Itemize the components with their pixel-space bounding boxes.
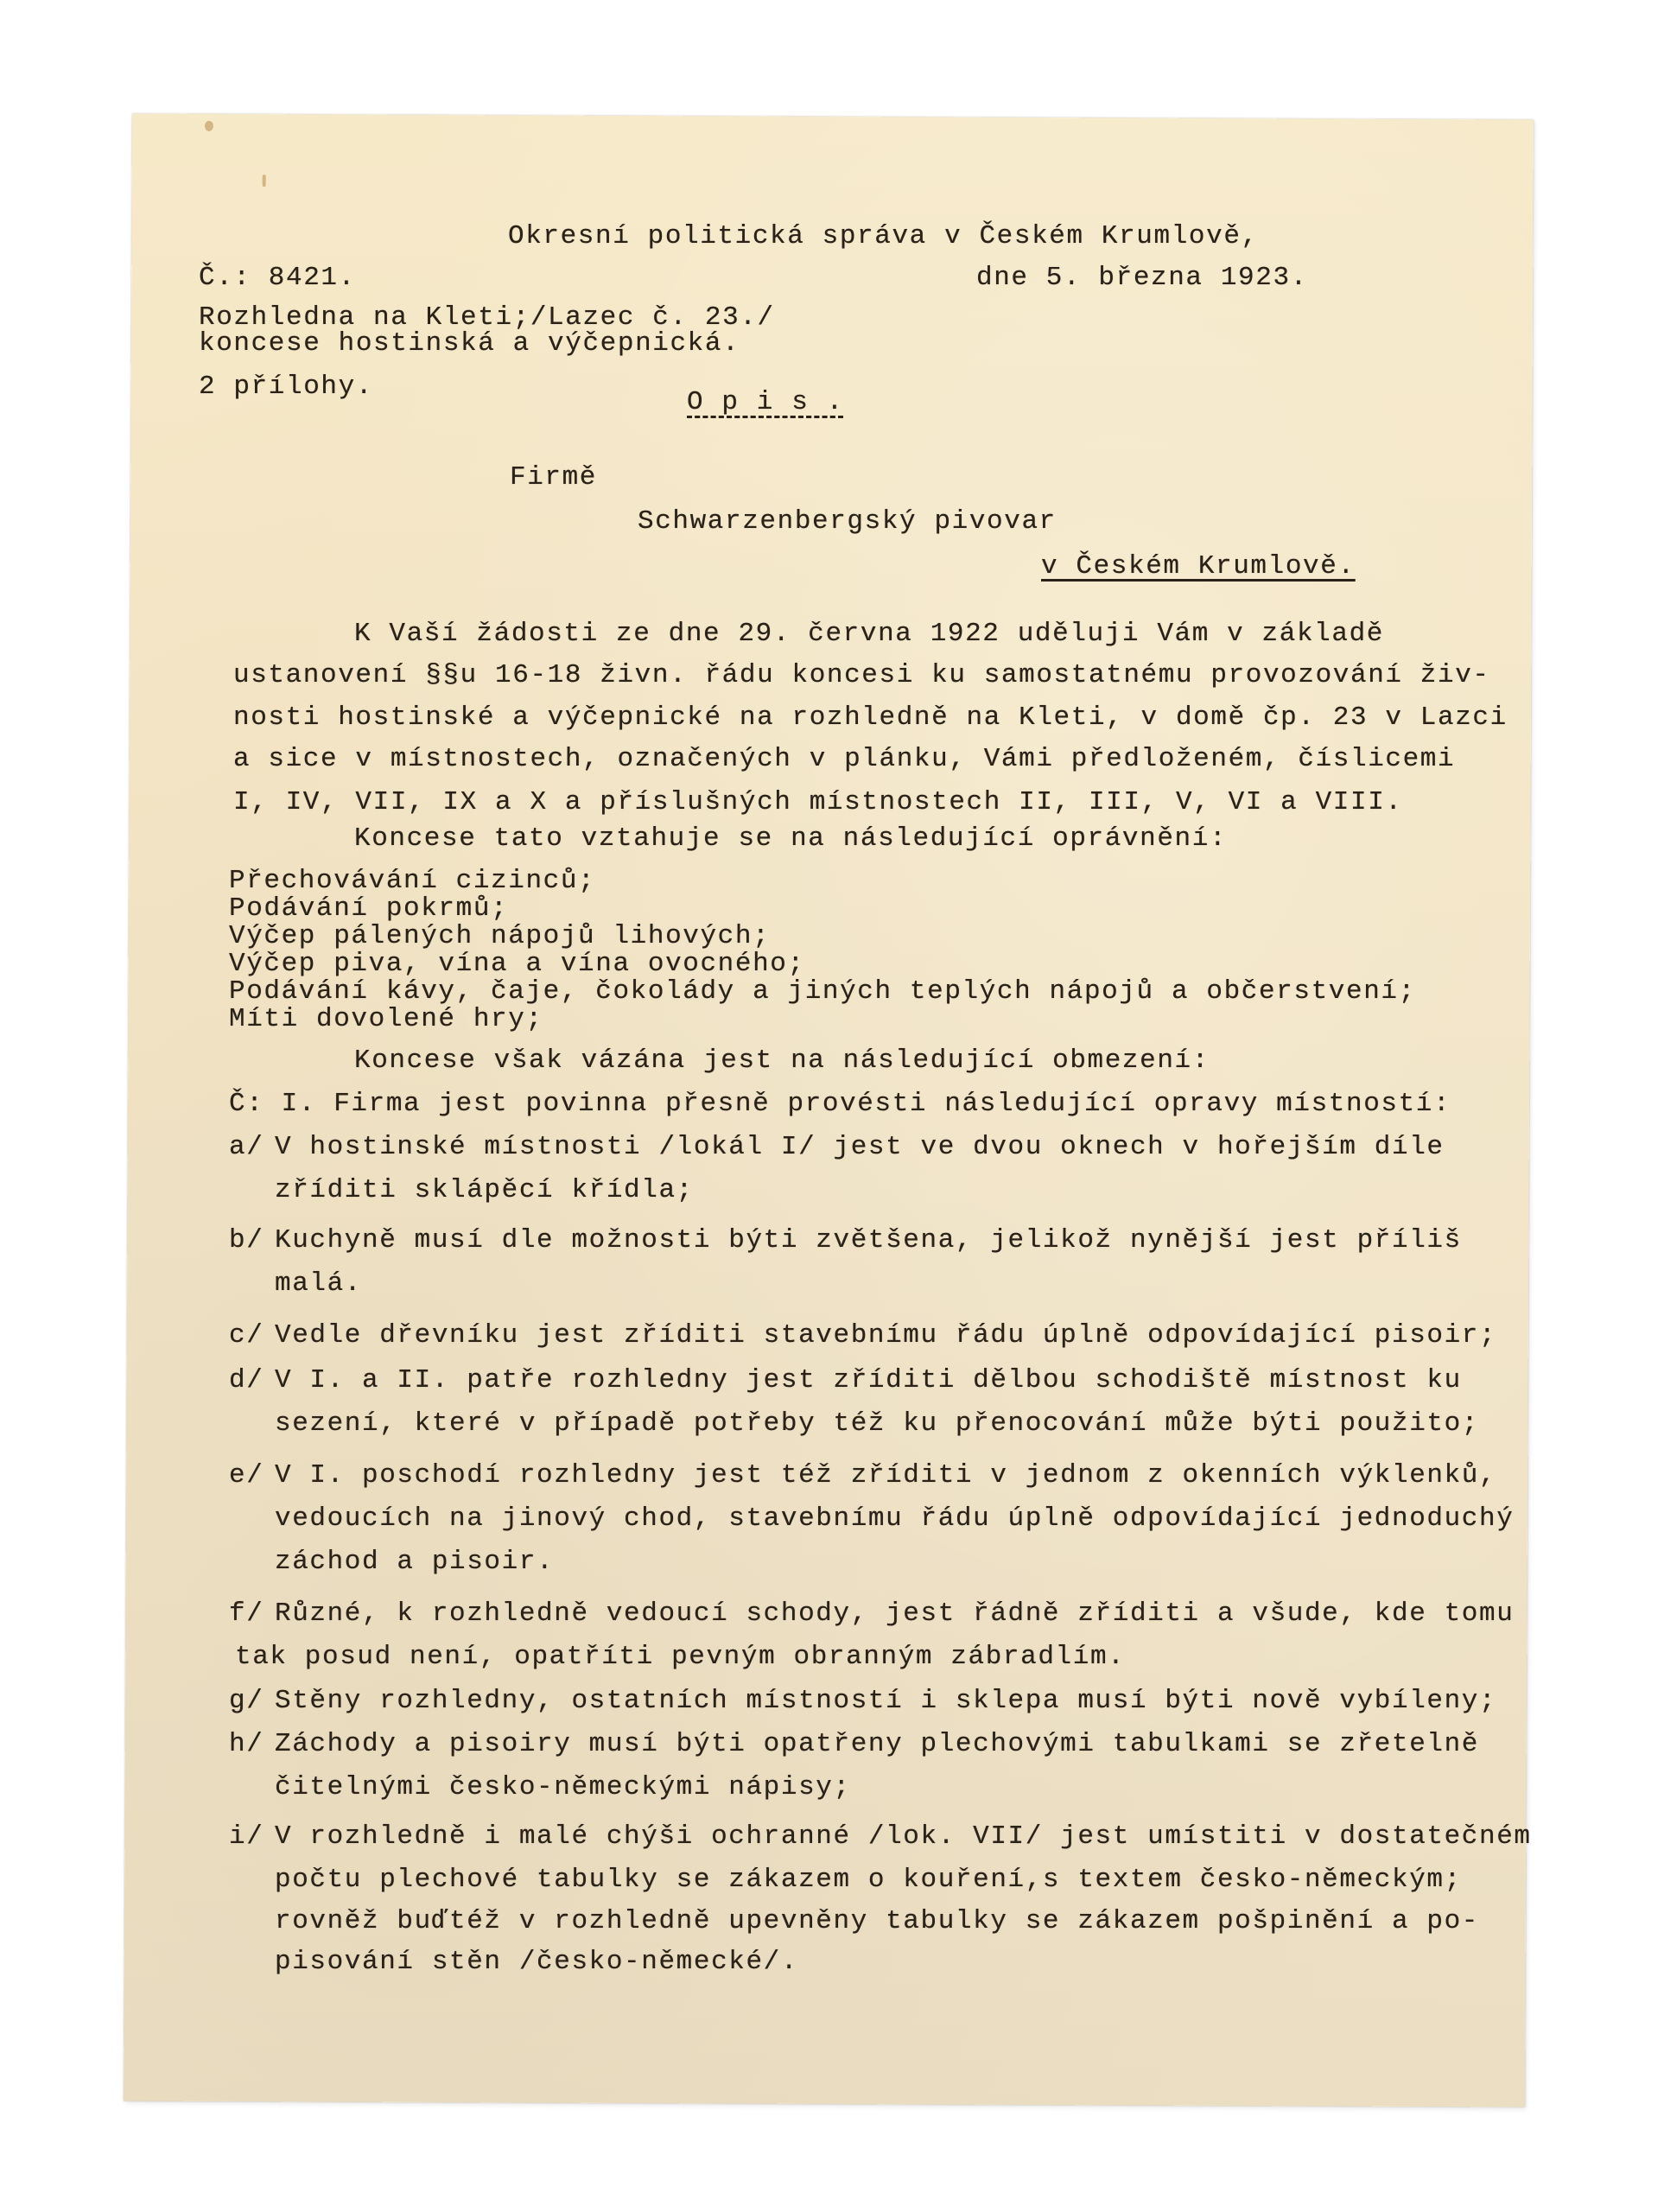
rust-stain	[205, 121, 213, 131]
subject-line-2: koncese hostinská a výčepnická.	[199, 330, 740, 357]
document-type-copy: O p i s .	[687, 389, 844, 416]
restriction-text: rovněž buďtéž v rozhledně upevněny tabul…	[275, 1908, 1479, 1935]
restriction-text: vedoucích na jinový chod, stavebnímu řád…	[275, 1505, 1514, 1532]
intro-line: I, IV, VII, IX a X a příslušných místnos…	[233, 789, 1403, 816]
restriction-text: čitelnými česko-německými nápisy;	[275, 1774, 851, 1801]
intro-line: a sice v místnostech, označených v plánk…	[233, 746, 1455, 772]
restriction-label: g/	[229, 1688, 264, 1714]
restriction-text: pisování stěn /česko-německé/.	[275, 1948, 798, 1975]
restriction-label: i/	[229, 1823, 264, 1850]
intro-line: ustanovení §§u 16-18 živn. řádu koncesi …	[233, 662, 1490, 689]
restriction-label: a/	[229, 1134, 264, 1160]
permission-item: Podávání pokrmů;	[229, 895, 508, 922]
permission-item: Výčep piva, vína a vína ovocného;	[229, 950, 805, 977]
restriction-heading: Č: I. Firma jest povinna přesně provésti…	[229, 1090, 1451, 1117]
restriction-text: Vedle dřevníku jest zříditi stavebnímu ř…	[275, 1322, 1496, 1349]
restriction-text: Různé, k rozhledně vedoucí schody, jest …	[275, 1600, 1514, 1627]
restriction-text: počtu plechové tabulky se zákazem o kouř…	[275, 1866, 1462, 1893]
document-date: dne 5. března 1923.	[976, 264, 1308, 291]
restriction-text: zříditi sklápěcí křídla;	[275, 1177, 694, 1204]
restriction-label: e/	[229, 1462, 264, 1489]
restriction-text: tak posud není, opatříti pevným obranným…	[235, 1643, 1125, 1670]
addressee-name: Schwarzenbergský pivovar	[638, 508, 1057, 535]
permissions-intro: Koncese tato vztahuje se na následující …	[354, 825, 1227, 852]
restriction-text: V rozhledně i malé chýši ochranné /lok. …	[275, 1823, 1532, 1850]
restriction-text: sezení, které v případě potřeby též ku p…	[275, 1410, 1479, 1437]
restriction-label: f/	[229, 1600, 264, 1627]
permission-item: Míti dovolené hry;	[229, 1006, 543, 1033]
restriction-text: V hostinské místnosti /lokál I/ jest ve …	[275, 1134, 1445, 1160]
restriction-text: malá.	[275, 1270, 362, 1297]
subject-line-1: Rozhledna na Kleti;/Lazec č. 23./	[199, 304, 775, 331]
permission-item: Podávání kávy, čaje, čokolády a jiných t…	[229, 978, 1416, 1005]
permission-item: Přechovávání cizinců;	[229, 868, 595, 894]
addressee-salutation: Firmě	[510, 464, 597, 491]
restriction-text: V I. poschodí rozhledny jest též zříditi…	[275, 1462, 1496, 1489]
restriction-label: c/	[229, 1322, 264, 1349]
restriction-text: Kuchyně musí dle možnosti býti zvětšena,…	[275, 1227, 1462, 1254]
reference-number: Č.: 8421.	[199, 264, 356, 291]
permission-item: Výčep pálených nápojů lihových;	[229, 923, 770, 950]
restriction-text: záchod a pisoir.	[275, 1548, 554, 1575]
restriction-text: Záchody a pisoiry musí býti opatřeny ple…	[275, 1731, 1479, 1758]
intro-line: K Vaší žádosti ze dne 29. června 1922 ud…	[354, 620, 1384, 647]
restriction-label: d/	[229, 1367, 264, 1394]
pin-mark	[263, 175, 266, 187]
intro-line: nosti hostinské a výčepnické na rozhledn…	[233, 704, 1508, 731]
attachments-note: 2 přílohy.	[199, 373, 373, 400]
restriction-label: b/	[229, 1227, 264, 1254]
restriction-text: V I. a II. patře rozhledny jest zříditi …	[275, 1367, 1462, 1394]
restriction-text: Stěny rozhledny, ostatních místností i s…	[275, 1688, 1496, 1714]
addressee-location: v Českém Krumlově.	[1041, 553, 1356, 580]
issuing-office: Okresní politická správa v Českém Krumlo…	[508, 223, 1259, 250]
restriction-label: h/	[229, 1731, 264, 1758]
restrictions-intro: Koncese však vázána jest na následující …	[354, 1047, 1210, 1074]
